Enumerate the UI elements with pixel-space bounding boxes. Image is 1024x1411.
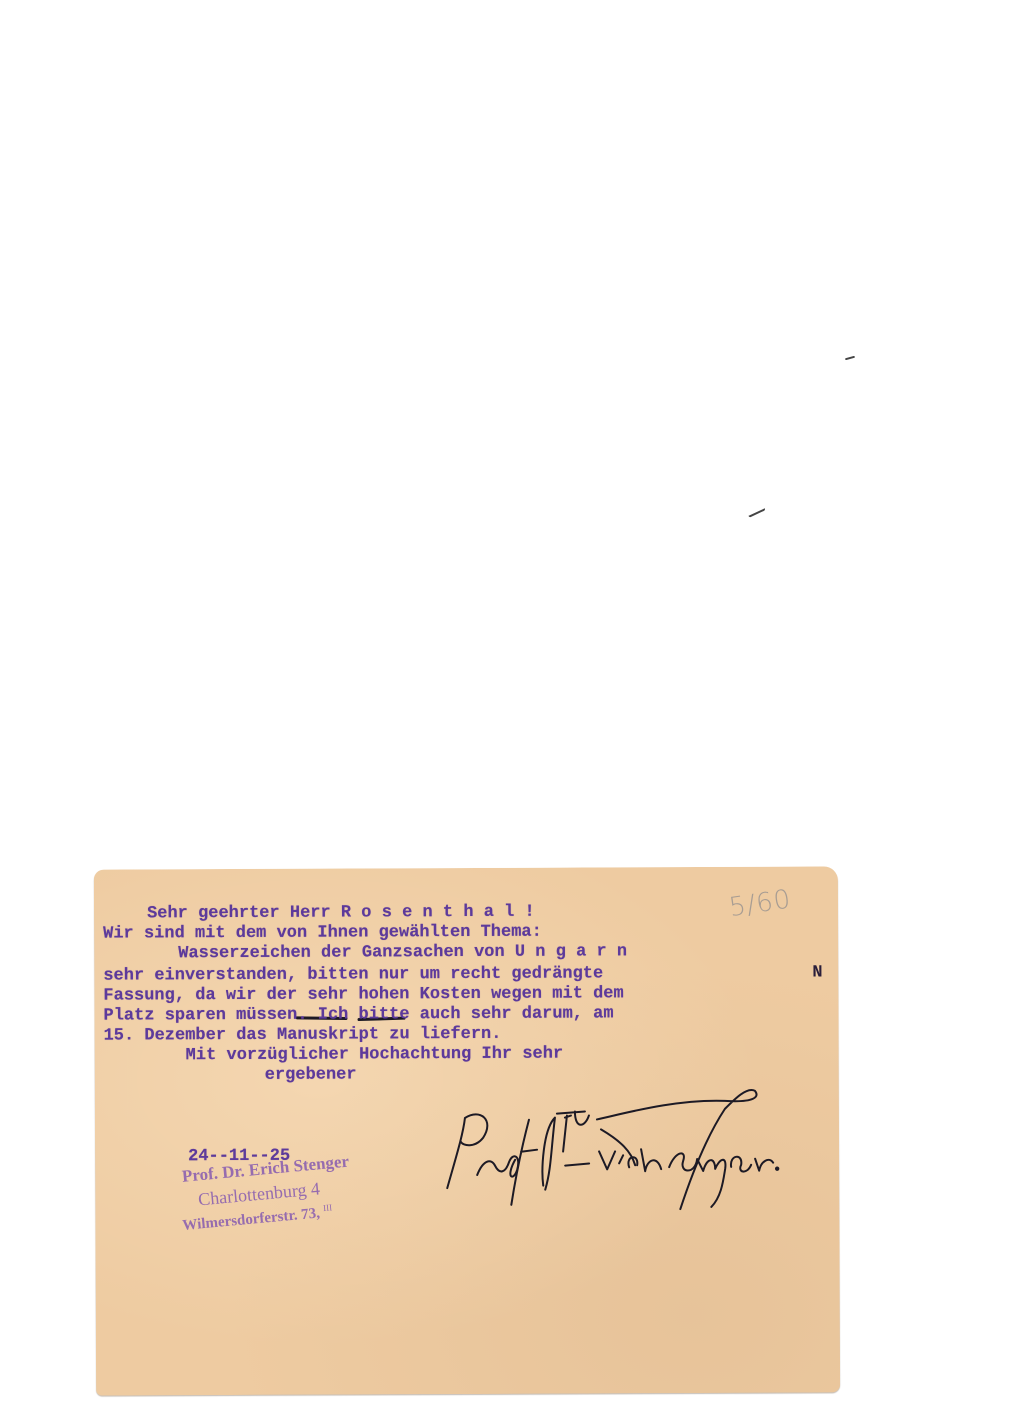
handwritten-signature [425, 1088, 826, 1220]
letter-line: Platz sparen müssen. Ich bitte auch sehr… [103, 1004, 613, 1026]
letter-line: 15. Dezember das Manuskript zu liefern. [104, 1025, 502, 1047]
struck-character: N [812, 963, 822, 982]
stamp-floor: III [323, 1202, 333, 1213]
letter-line: sehr einverstanden, bitten nur um recht … [103, 964, 603, 986]
postcard: 5/60 Sehr geehrter Herr R o s e n t h a … [94, 866, 840, 1395]
letter-line: Wasserzeichen der Ganzsachen von U n g a… [178, 942, 627, 964]
letter-greeting: Sehr geehrter Herr R o s e n t h a l ! [147, 903, 535, 925]
letter-closing-2: ergebener [265, 1065, 357, 1085]
letter-line: Fassung, da wir der sehr hohen Kosten we… [103, 984, 623, 1006]
pencil-annotation: 5/60 [727, 884, 793, 923]
address-stamp: Prof. Dr. Erich Stenger Charlottenburg 4… [177, 1152, 354, 1235]
letter-line: Wir sind mit dem von Ihnen gewählten The… [103, 923, 542, 945]
letter-closing: Mit vorzüglicher Hochachtung Ihr sehr [186, 1045, 564, 1067]
stray-scan-mark [845, 356, 855, 361]
stray-scan-mark [748, 508, 765, 517]
